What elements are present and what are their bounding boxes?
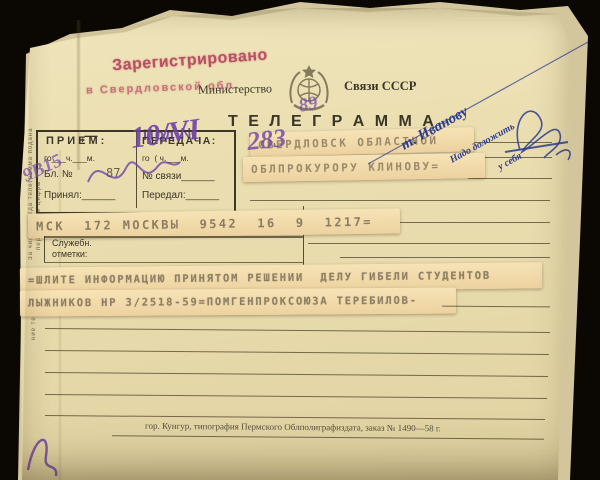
- comm-no-label: № связи______: [142, 171, 215, 182]
- message-strip-2: ЛЫЖНИКОВ НР 3/2518-59=ПОМГЕНПРОКСОЮЗА ТЕ…: [20, 287, 456, 316]
- reception-time-blanks: го___ч.___м.: [44, 153, 95, 163]
- block-no-value: 87: [106, 166, 120, 180]
- service-form-box: ПРИЕМ: го___ч.___м. Бл. № 87 Принял:____…: [36, 130, 236, 214]
- block-no-label: Бл. №: [44, 169, 73, 180]
- address-rule: [468, 178, 552, 179]
- received-by-label: Принял:______: [44, 190, 115, 201]
- routing-line: МСК 172 МОСКВЫ 9542 16 9 1217=: [36, 214, 373, 233]
- service-box-bottom: [44, 262, 303, 263]
- telegram-scan: { "colors":{"paper":"#eadfb2","strip":"#…: [0, 0, 600, 480]
- address-line-2: ОБЛПРОКУРОРУ КЛИНОВУ=: [251, 160, 441, 176]
- address-strip-2: ОБЛПРОКУРОРУ КЛИНОВУ=: [243, 153, 485, 182]
- service-marks-label-2: отметки:: [52, 249, 87, 259]
- message-line-2: ЛЫЖНИКОВ НР 3/2518-59=ПОМГЕНПРОКСОЮЗА ТЕ…: [28, 295, 418, 310]
- transmission-time-blanks: го ( ч.___м.: [142, 153, 189, 163]
- message-line-1: =ШЛИТЕ ИНФОРМАЦИЮ ПРИНЯТОМ РЕШЕНИИ ДЕЛУ …: [28, 270, 491, 287]
- routing-strip: МСК 172 МОСКВЫ 9542 16 9 1217=: [28, 208, 400, 238]
- transmitted-by-label: Передал:______: [142, 190, 219, 201]
- ministry-label-right: Связи СССР: [344, 79, 416, 94]
- address-rule: [250, 200, 550, 201]
- address-rule: [308, 243, 550, 244]
- address-line-1: СВЕРДЛОВСК ОБЛАСТНОЙ: [258, 134, 439, 152]
- transmission-label: ПЕРЕДАЧА:: [142, 135, 217, 147]
- address-rule: [385, 222, 550, 223]
- service-marks-label-1: Служебн.: [52, 238, 92, 248]
- service-box-left: [44, 236, 45, 262]
- service-right-rule: [340, 257, 550, 258]
- form-box-divider: [136, 132, 137, 208]
- ussr-emblem-icon: [286, 63, 332, 115]
- reception-label: ПРИЕМ:: [46, 135, 107, 147]
- ministry-label-left: Министерство: [198, 81, 272, 97]
